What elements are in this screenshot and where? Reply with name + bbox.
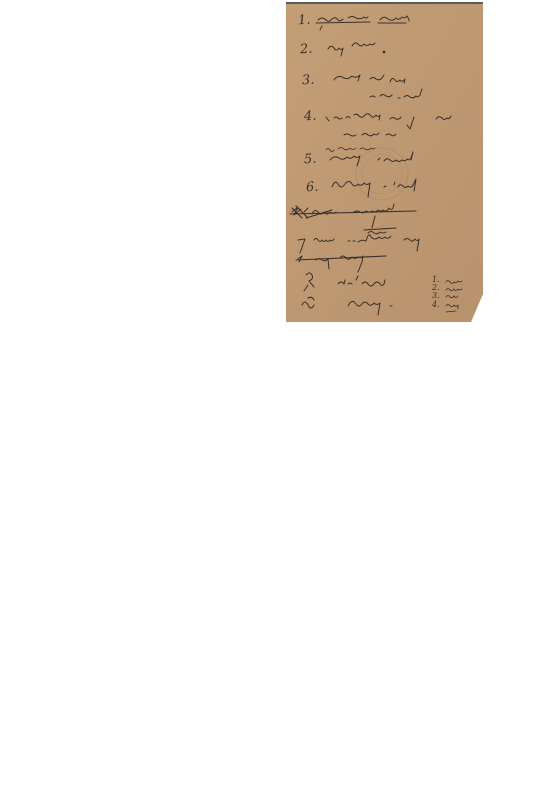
entry-2-marker: 2. xyxy=(300,43,313,57)
top-edge xyxy=(286,2,483,4)
page-canvas: 1. 2. 3. 4. 5. 6. 1. 2. 3. 4. xyxy=(0,0,549,800)
manuscript-image: 1. 2. 3. 4. 5. 6. 1. 2. 3. 4. xyxy=(286,2,483,322)
side-list-marker-4: 4. xyxy=(432,301,440,309)
entry-4-marker: 4. xyxy=(304,110,317,124)
entry-3-marker: 3. xyxy=(302,74,315,88)
entry-6-marker: 6. xyxy=(306,181,319,195)
entry-1-marker: 1. xyxy=(298,14,311,28)
side-list-marker-3: 3. xyxy=(432,292,440,300)
entry-5-marker: 5. xyxy=(304,153,317,167)
